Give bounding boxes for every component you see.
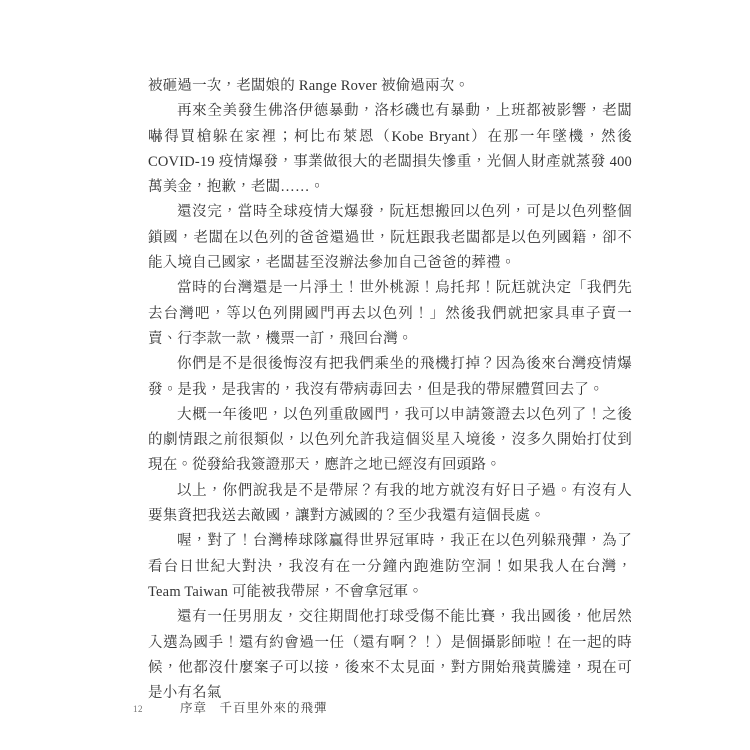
page-number: 12: [133, 704, 180, 714]
paragraph: 你們是不是很後悔沒有把我們乘坐的飛機打掉？因為後來台灣疫情爆發。是我，是我害的，…: [148, 352, 632, 403]
paragraph: 還沒完，當時全球疫情大爆發，阮尪想搬回以色列，可是以色列整個鎖國，老闆在以色列的…: [148, 200, 632, 276]
book-page: 被砸過一次，老闆娘的 Range Rover 被偷過兩次。 再來全美發生佛洛伊德…: [0, 0, 750, 750]
paragraph: 以上，你們說我是不是帶屎？有我的地方就沒有好日子過。有沒有人要集資把我送去敵國，…: [148, 479, 632, 530]
chapter-title: 千百里外來的飛彈: [220, 701, 328, 715]
running-title: 序章千百里外來的飛彈: [180, 698, 328, 716]
paragraph: 喔，對了！台灣棒球隊贏得世界冠軍時，我正在以色列躲飛彈，為了看台日世紀大對決，我…: [148, 529, 632, 605]
paragraph: 還有一任男朋友，交往期間他打球受傷不能比賽，我出國後，他居然入選為國手！還有約會…: [148, 605, 632, 706]
paragraph: 當時的台灣還是一片淨土！世外桃源！烏托邦！阮尪就決定「我們先去台灣吧，等以色列開…: [148, 276, 632, 352]
paragraph: 再來全美發生佛洛伊德暴動，洛杉磯也有暴動，上班都被影響，老闆嚇得買槍躲在家裡；柯…: [148, 99, 632, 200]
paragraph: 大概一年後吧，以色列重啟國門，我可以申請簽證去以色列了！之後的劇情跟之前很類似，…: [148, 403, 632, 479]
chapter-label: 序章: [180, 701, 207, 715]
page-text: 被砸過一次，老闆娘的 Range Rover 被偷過兩次。 再來全美發生佛洛伊德…: [148, 74, 632, 706]
paragraph: 被砸過一次，老闆娘的 Range Rover 被偷過兩次。: [148, 74, 632, 99]
page-footer: 12 序章千百里外來的飛彈: [133, 698, 328, 716]
